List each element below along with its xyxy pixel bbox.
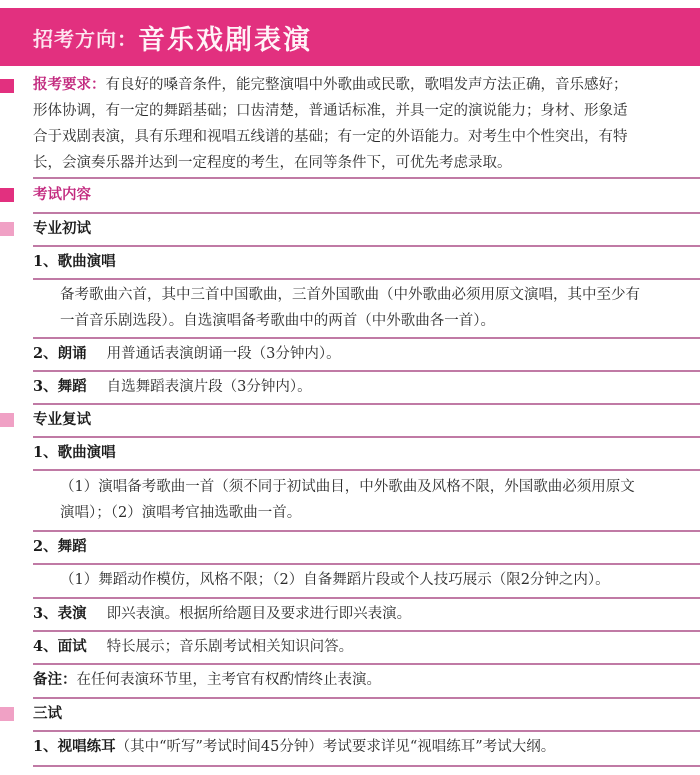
requirements-line: 形体协调，有一定的舞蹈基础；口齿清楚，普通话标准，并具一定的演说能力；身材、形象…	[33, 103, 628, 119]
exam-content-heading: 考试内容	[33, 180, 690, 210]
header-prefix: 招考方向：	[33, 23, 138, 52]
requirements-line: 长，会演奏乐器并达到一定程度的考生，在同等条件下，可优先考虑录取。	[33, 155, 512, 171]
divider	[33, 177, 700, 179]
requirements-block: 报考要求：有良好的嗓音条件，能完整演唱中外歌曲或民歌，歌唱发声方法正确，音乐感好…	[33, 72, 690, 176]
second-round-heading: 专业复试	[33, 405, 690, 435]
divider	[33, 278, 700, 280]
preliminary-item: 2、朗诵用普通话表演朗诵一段（3分钟内）。	[33, 339, 690, 369]
preliminary-item-title: 1、歌曲演唱	[33, 247, 690, 277]
section-marker-icon	[0, 79, 14, 93]
subsection-marker-icon	[0, 413, 14, 427]
third-round-heading: 三试	[33, 699, 690, 729]
page-title: 音乐戏剧表演	[138, 18, 312, 57]
second-round-item: 3、表演即兴表演。根据所给题目及要求进行即兴表演。	[33, 599, 690, 629]
requirements-line: 有良好的嗓音条件，能完整演唱中外歌曲或民歌，歌唱发声方法正确，音乐感好；	[106, 77, 628, 93]
subsection-marker-icon	[0, 707, 14, 721]
second-round-item: 4、面试特长展示；音乐剧考试相关知识问答。	[33, 632, 690, 662]
subsection-marker-icon	[0, 222, 14, 236]
second-round-item-title: 1、歌曲演唱	[33, 438, 690, 468]
preliminary-item: 3、舞蹈自选舞蹈表演片段（3分钟内）。	[33, 372, 690, 402]
requirements-label: 报考要求：	[33, 76, 106, 93]
second-round-item-detail: （1）舞蹈动作模仿，风格不限；（2）自备舞蹈片段或个人技巧展示（限2分钟之内）。	[60, 565, 690, 595]
preliminary-item-detail: 备考歌曲六首，其中三首中国歌曲，三首外国歌曲（中外歌曲必须用原文演唱，其中至少有…	[60, 282, 690, 334]
second-round-item-detail: （1）演唱备考歌曲一首（须不同于初试曲目，中外歌曲及风格不限，外国歌曲必须用原文…	[60, 474, 690, 526]
divider	[33, 765, 700, 767]
preliminary-heading: 专业初试	[33, 214, 690, 244]
page-header: 招考方向： 音乐戏剧表演	[0, 8, 700, 66]
second-round-note: 备注：在任何表演环节里，主考官有权酌情终止表演。	[33, 665, 690, 695]
section-marker-icon	[0, 188, 14, 202]
second-round-item-title: 2、舞蹈	[33, 532, 690, 562]
third-round-item: 1、视唱练耳（其中“听写”考试时间45分钟）考试要求详见“视唱练耳”考试大纲。	[33, 732, 690, 762]
requirements-line: 合于戏剧表演，具有乐理和视唱五线谱的基础；有一定的外语能力。对考生中个性突出，有…	[33, 129, 628, 145]
divider	[33, 469, 700, 471]
